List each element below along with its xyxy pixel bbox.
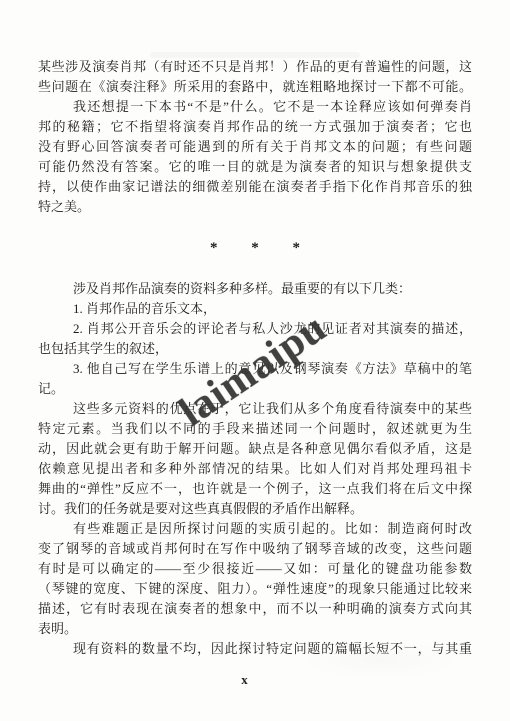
text-line: 舞曲的“弹性”反应不一，也许就是一个例子，这一点我们将在后文中探 xyxy=(38,479,472,499)
text-line: 2. 肖邦公开音乐会的评论者与私人沙龙的见证者对其演奏的描述， xyxy=(38,319,472,339)
text-line: 记。 xyxy=(38,379,472,399)
text-line: 没有野心回答演奏者可能遇到的所有关于肖邦文本的问题；有些问题 xyxy=(38,137,472,157)
text-line: 依赖意见提出者和多种外部情况的结果。比如人们对肖邦处理玛祖卡 xyxy=(38,459,472,479)
text-line: 有时是可以确定的——至少很接近——又如：可量化的键盘功能参数 xyxy=(38,559,472,579)
text-block: 某些涉及演奏肖邦（有时还不只是肖邦！）作品的更有普遍性的问题，这些问题在《演奏注… xyxy=(38,57,472,659)
book-page: 某些涉及演奏肖邦（有时还不只是肖邦！）作品的更有普遍性的问题，这些问题在《演奏注… xyxy=(0,0,510,721)
text-line: 3. 他自己写在学生乐谱上的意见以及钢琴演奏《方法》草稿中的笔 xyxy=(38,359,472,379)
section-separator: * * * xyxy=(38,238,472,258)
text-line: 有些难题正是因所探讨问题的实质引起的。比如：制造商何时改 xyxy=(38,519,472,539)
text-line: 特之美。 xyxy=(38,197,472,217)
text-line: 特定元素。当我们以不同的手段来描述同一个问题时，叙述就更为生 xyxy=(38,419,472,439)
text-line: 变了钢琴的音域或肖邦何时在写作中吸纳了钢琴音域的改变，这些问题 xyxy=(38,539,472,559)
text-line: 邦的秘籍；它不指望将演奏肖邦作品的统一方式强加于演奏者；它也 xyxy=(38,117,472,137)
text-line: 讨。我们的任务就是要对这些真真假假的矛盾作出解释。 xyxy=(38,499,472,519)
text-line: 现有资料的数量不均，因此探讨特定问题的篇幅长短不一，与其重 xyxy=(38,639,472,659)
text-line: 涉及肖邦作品演奏的资料多种多样。最重要的有以下几类： xyxy=(38,279,472,299)
text-line: 持，以使作曲家记谱法的细微差别能在演奏者手指下化作肖邦音乐的独 xyxy=(38,177,472,197)
text-line: 可能仍然没有答案。它的唯一目的就是为演奏者的知识与想象提供支 xyxy=(38,157,472,177)
text-line: 这些多元资料的优点在于，它让我们从多个角度看待演奏中的某些 xyxy=(38,399,472,419)
text-line: 我还想提一下本书“不是”什么。它不是一本诠释应该如何弹奏肖 xyxy=(38,97,472,117)
text-line: （琴键的宽度、下键的深度、阻力）。“弹性速度”的现象只能通过比较来 xyxy=(38,579,472,599)
text-line: 1. 肖邦作品的音乐文本， xyxy=(38,299,472,319)
text-line: 描述，它有时表现在演奏者的想象中，而不以一种明确的演奏方式向其 xyxy=(38,599,472,619)
text-line: 表明。 xyxy=(38,619,472,639)
text-line: 些问题在《演奏注释》所采用的套路中，就连粗略地探讨一下都不可能。 xyxy=(38,77,472,97)
text-line: 也包括其学生的叙述， xyxy=(38,339,472,359)
page-number: x xyxy=(38,672,452,688)
text-line: 某些涉及演奏肖邦（有时还不只是肖邦！）作品的更有普遍性的问题，这 xyxy=(38,57,472,77)
text-line: 动，因此就会更有助于解开问题。缺点是各种意见偶尔看似矛盾，这是 xyxy=(38,439,472,459)
